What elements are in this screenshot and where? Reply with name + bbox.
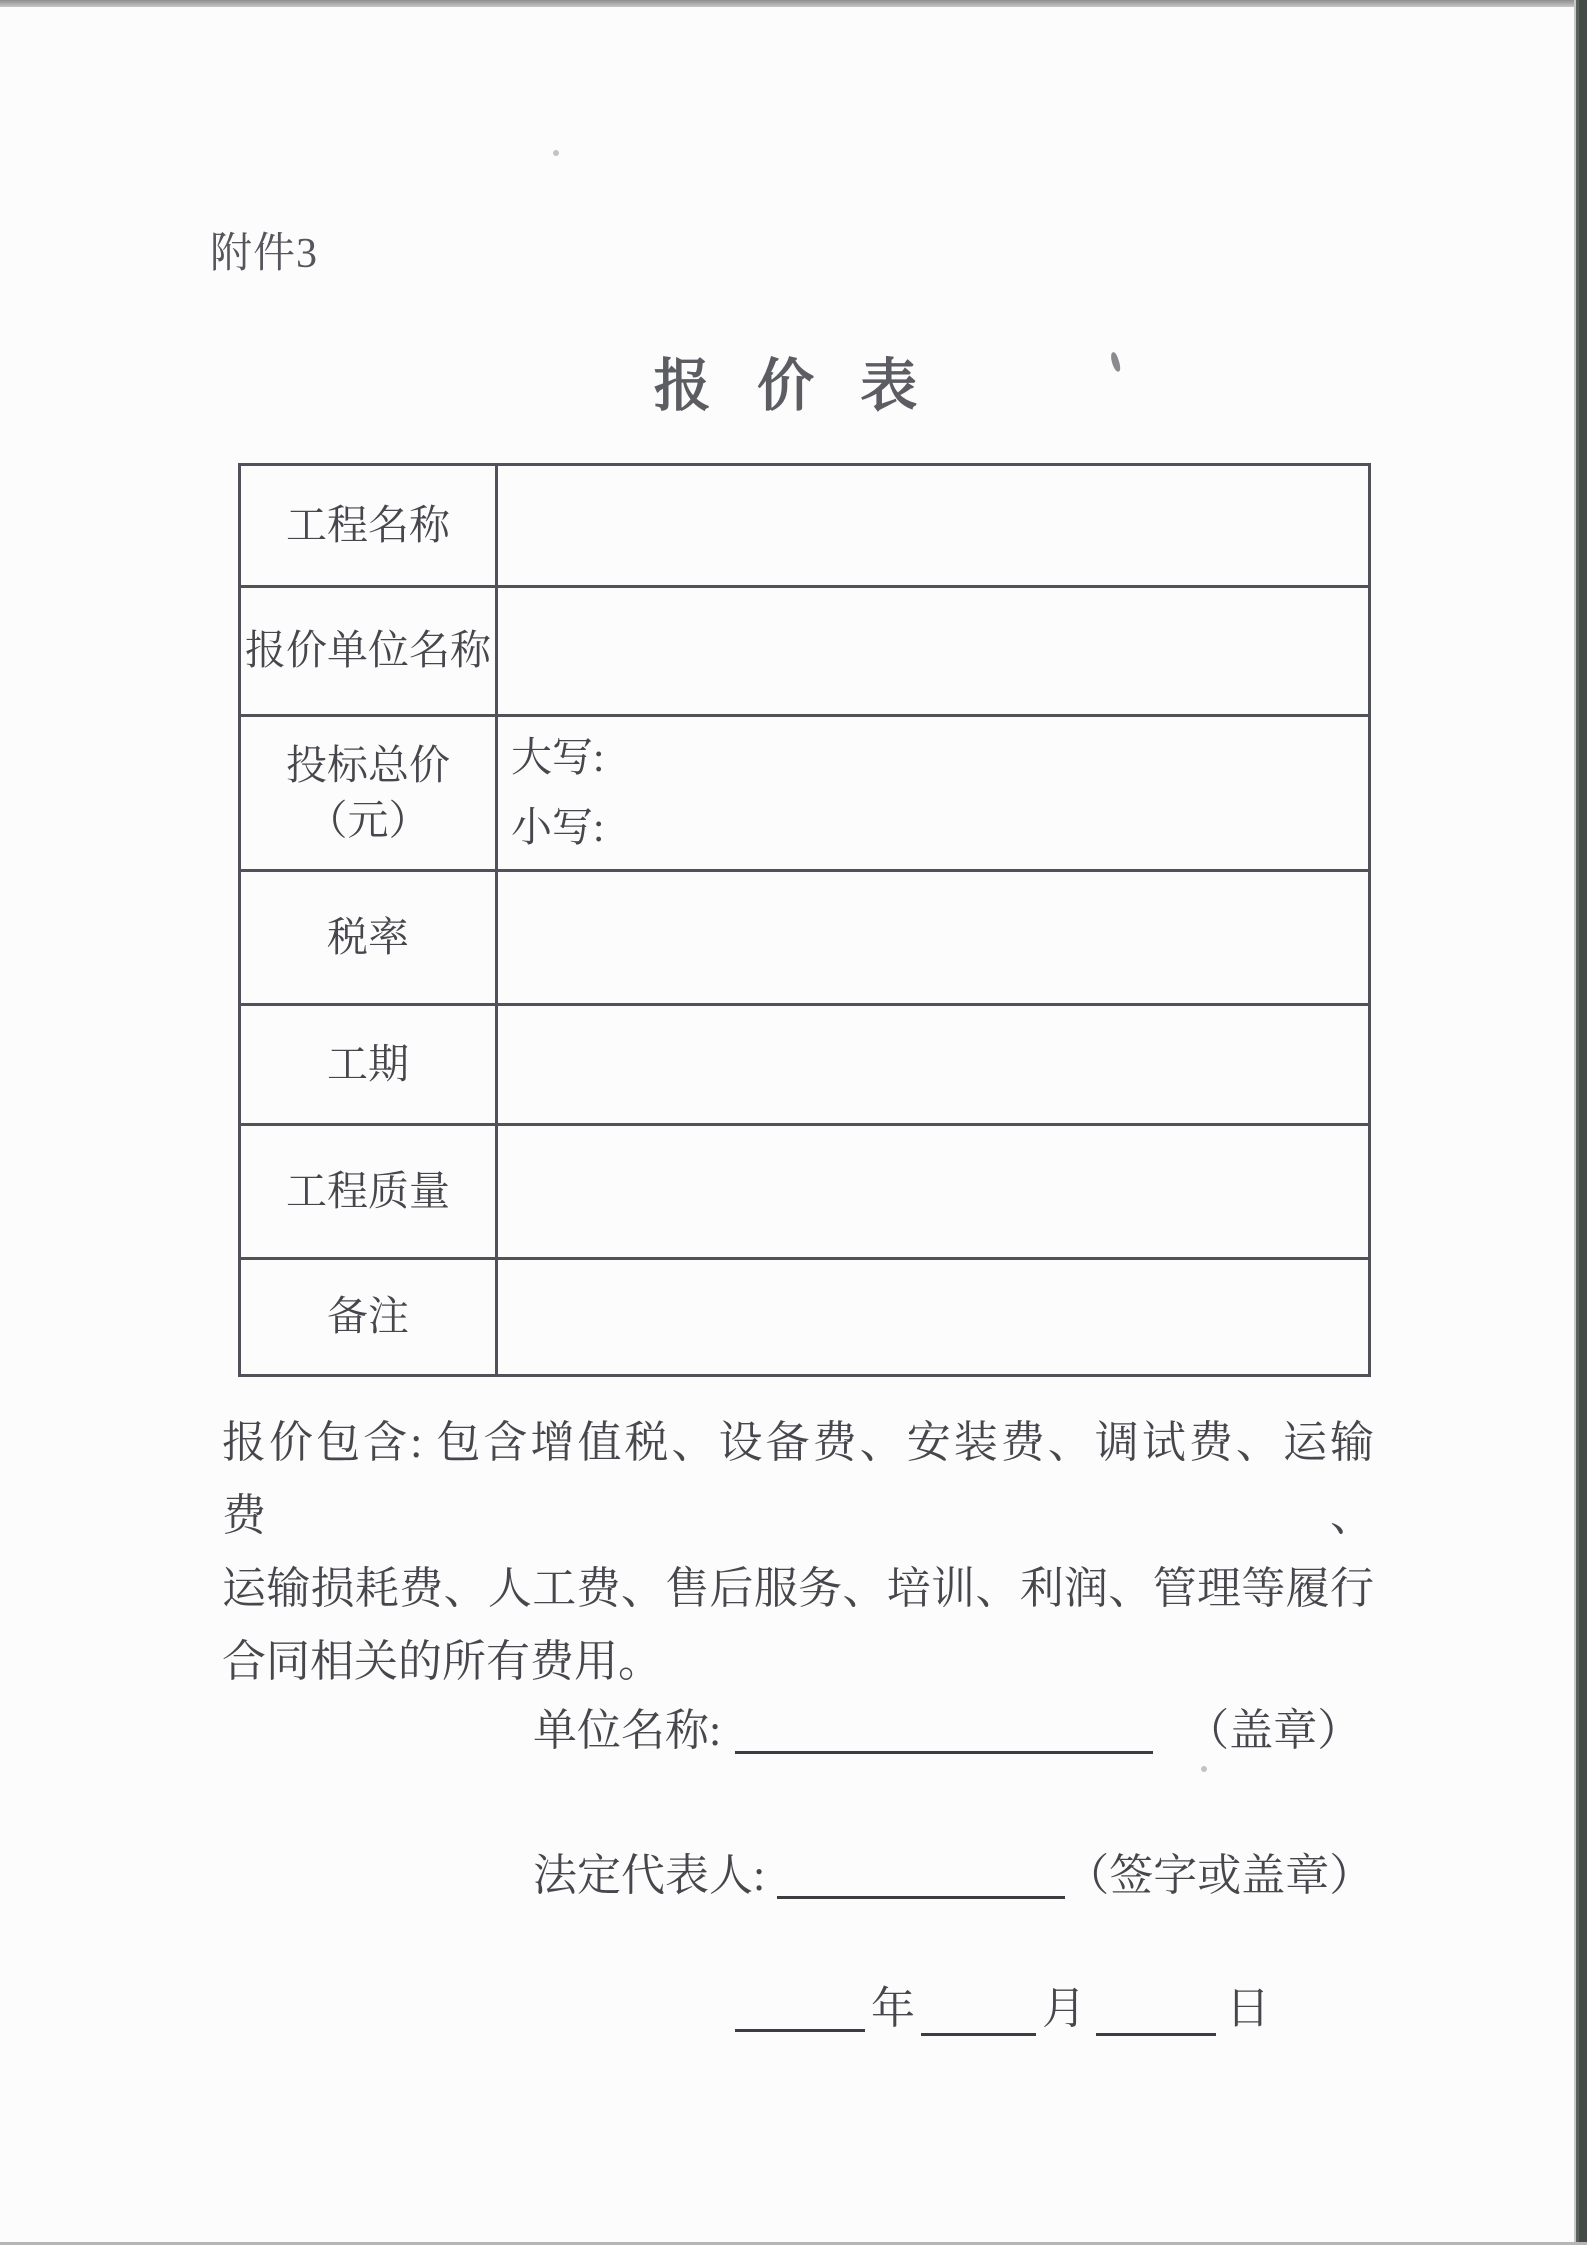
lowercase-amount-label: 小写: bbox=[511, 793, 1368, 863]
row-label: 备注 bbox=[241, 1260, 498, 1374]
page-title: 报 价 表 bbox=[0, 340, 1587, 422]
legal-representative-line: 法定代表人: （签字或盖章） bbox=[533, 1839, 1373, 1903]
scan-edge-right bbox=[1574, 0, 1587, 2245]
note-line: 报价包含: 包含增值税、设备费、安装费、调试费、运输费、 bbox=[222, 1406, 1374, 1552]
company-stamp-label: （盖章） bbox=[1185, 1694, 1361, 1758]
month-blank-line bbox=[921, 2033, 1036, 2036]
quotation-table: 工程名称 报价单位名称 投标总价 （元） 大写: 小写: 税率 工期 bbox=[238, 463, 1371, 1377]
note-line: 运输损耗费、人工费、售后服务、培训、利润、管理等履行 bbox=[222, 1552, 1374, 1625]
attachment-label: 附件3 bbox=[210, 220, 318, 280]
row-label: 工程质量 bbox=[241, 1126, 498, 1257]
company-name-line: 单位名称: （盖章） bbox=[533, 1694, 1361, 1758]
row-label: 报价单位名称 bbox=[241, 588, 498, 714]
row-label: 工程名称 bbox=[241, 466, 498, 585]
table-row-tax-rate: 税率 bbox=[241, 869, 1368, 1003]
scan-speck-dot bbox=[1201, 1766, 1207, 1772]
row-label: 税率 bbox=[241, 872, 498, 1003]
day-label: 日 bbox=[1226, 1972, 1270, 2036]
year-blank-line bbox=[735, 2029, 865, 2032]
legal-stamp-label: （签字或盖章） bbox=[1065, 1839, 1373, 1903]
row-label: 投标总价 （元） bbox=[241, 717, 498, 869]
scanned-quotation-form-page: 附件3 报 价 表 工程名称 报价单位名称 投标总价 （元） 大写: 小写: 税… bbox=[0, 0, 1587, 2245]
table-row-quality: 工程质量 bbox=[241, 1123, 1368, 1257]
legal-representative-label: 法定代表人: bbox=[533, 1839, 765, 1903]
date-line: 年 月 日 bbox=[735, 1972, 1270, 2036]
table-row-project-name: 工程名称 bbox=[241, 466, 1368, 585]
row-value-cell bbox=[498, 466, 1368, 585]
row-label-line2: （元） bbox=[307, 793, 430, 848]
row-value-cell bbox=[498, 1260, 1368, 1374]
row-value-cell: 大写: 小写: bbox=[498, 717, 1368, 869]
day-blank-line bbox=[1096, 2033, 1216, 2036]
company-name-label: 单位名称: bbox=[533, 1694, 721, 1758]
row-label-line1: 投标总价 bbox=[286, 738, 450, 793]
table-row-bidder-name: 报价单位名称 bbox=[241, 585, 1368, 714]
month-label: 月 bbox=[1042, 1972, 1086, 2036]
note-line: 合同相关的所有费用。 bbox=[222, 1625, 1374, 1698]
row-value-cell bbox=[498, 1126, 1368, 1257]
row-value-cell bbox=[498, 1006, 1368, 1123]
row-value-cell bbox=[498, 588, 1368, 714]
year-label: 年 bbox=[871, 1972, 915, 2036]
row-value-cell bbox=[498, 872, 1368, 1003]
uppercase-amount-label: 大写: bbox=[511, 723, 1368, 793]
scan-edge-top bbox=[0, 0, 1587, 7]
quotation-note: 报价包含: 包含增值税、设备费、安装费、调试费、运输费、 运输损耗费、人工费、售… bbox=[222, 1406, 1374, 1698]
row-label: 工期 bbox=[241, 1006, 498, 1123]
scan-speck-dot bbox=[553, 150, 559, 156]
company-name-blank-line bbox=[735, 1751, 1153, 1754]
legal-representative-blank-line bbox=[777, 1896, 1065, 1899]
table-row-duration: 工期 bbox=[241, 1003, 1368, 1123]
table-row-total-price: 投标总价 （元） 大写: 小写: bbox=[241, 714, 1368, 869]
table-row-remarks: 备注 bbox=[241, 1257, 1368, 1374]
